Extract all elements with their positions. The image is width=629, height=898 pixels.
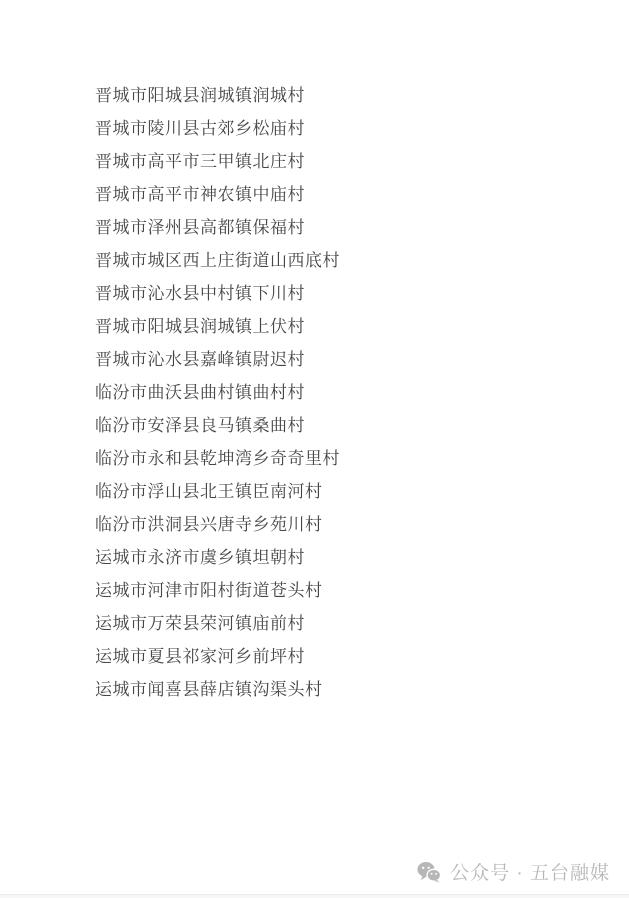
village-list-item: 临汾市曲沃县曲村镇曲村村: [95, 376, 340, 409]
watermark: 公众号 · 五台融媒: [417, 858, 610, 885]
watermark-label: 公众号 · 五台融媒: [450, 858, 610, 885]
village-list-item: 临汾市永和县乾坤湾乡奇奇里村: [95, 442, 340, 475]
village-list-item: 运城市万荣县荣河镇庙前村: [95, 607, 340, 640]
village-list-item: 晋城市高平市神农镇中庙村: [95, 178, 340, 211]
wechat-icon: [417, 861, 441, 883]
village-list-item: 临汾市洪洞县兴唐寺乡苑川村: [95, 508, 340, 541]
village-list-item: 运城市河津市阳村街道苍头村: [95, 574, 340, 607]
village-list-item: 晋城市陵川县古郊乡松庙村: [95, 112, 340, 145]
village-list-item: 晋城市阳城县润城镇上伏村: [95, 310, 340, 343]
village-list-item: 运城市永济市虞乡镇坦朝村: [95, 541, 340, 574]
village-list-item: 运城市闻喜县薛店镇沟渠头村: [95, 673, 340, 706]
village-list-item: 临汾市浮山县北王镇臣南河村: [95, 475, 340, 508]
village-list-item: 晋城市高平市三甲镇北庄村: [95, 145, 340, 178]
village-list-item: 晋城市沁水县中村镇下川村: [95, 277, 340, 310]
village-list-item: 晋城市泽州县高都镇保福村: [95, 211, 340, 244]
village-list: 晋城市阳城县润城镇润城村晋城市陵川县古郊乡松庙村晋城市高平市三甲镇北庄村晋城市高…: [95, 79, 340, 706]
village-list-item: 晋城市沁水县嘉峰镇尉迟村: [95, 343, 340, 376]
village-list-item: 临汾市安泽县良马镇桑曲村: [95, 409, 340, 442]
village-list-item: 运城市夏县祁家河乡前坪村: [95, 640, 340, 673]
village-list-item: 晋城市城区西上庄街道山西底村: [95, 244, 340, 277]
village-list-item: 晋城市阳城县润城镇润城村: [95, 79, 340, 112]
page-bottom-edge: [0, 894, 629, 898]
